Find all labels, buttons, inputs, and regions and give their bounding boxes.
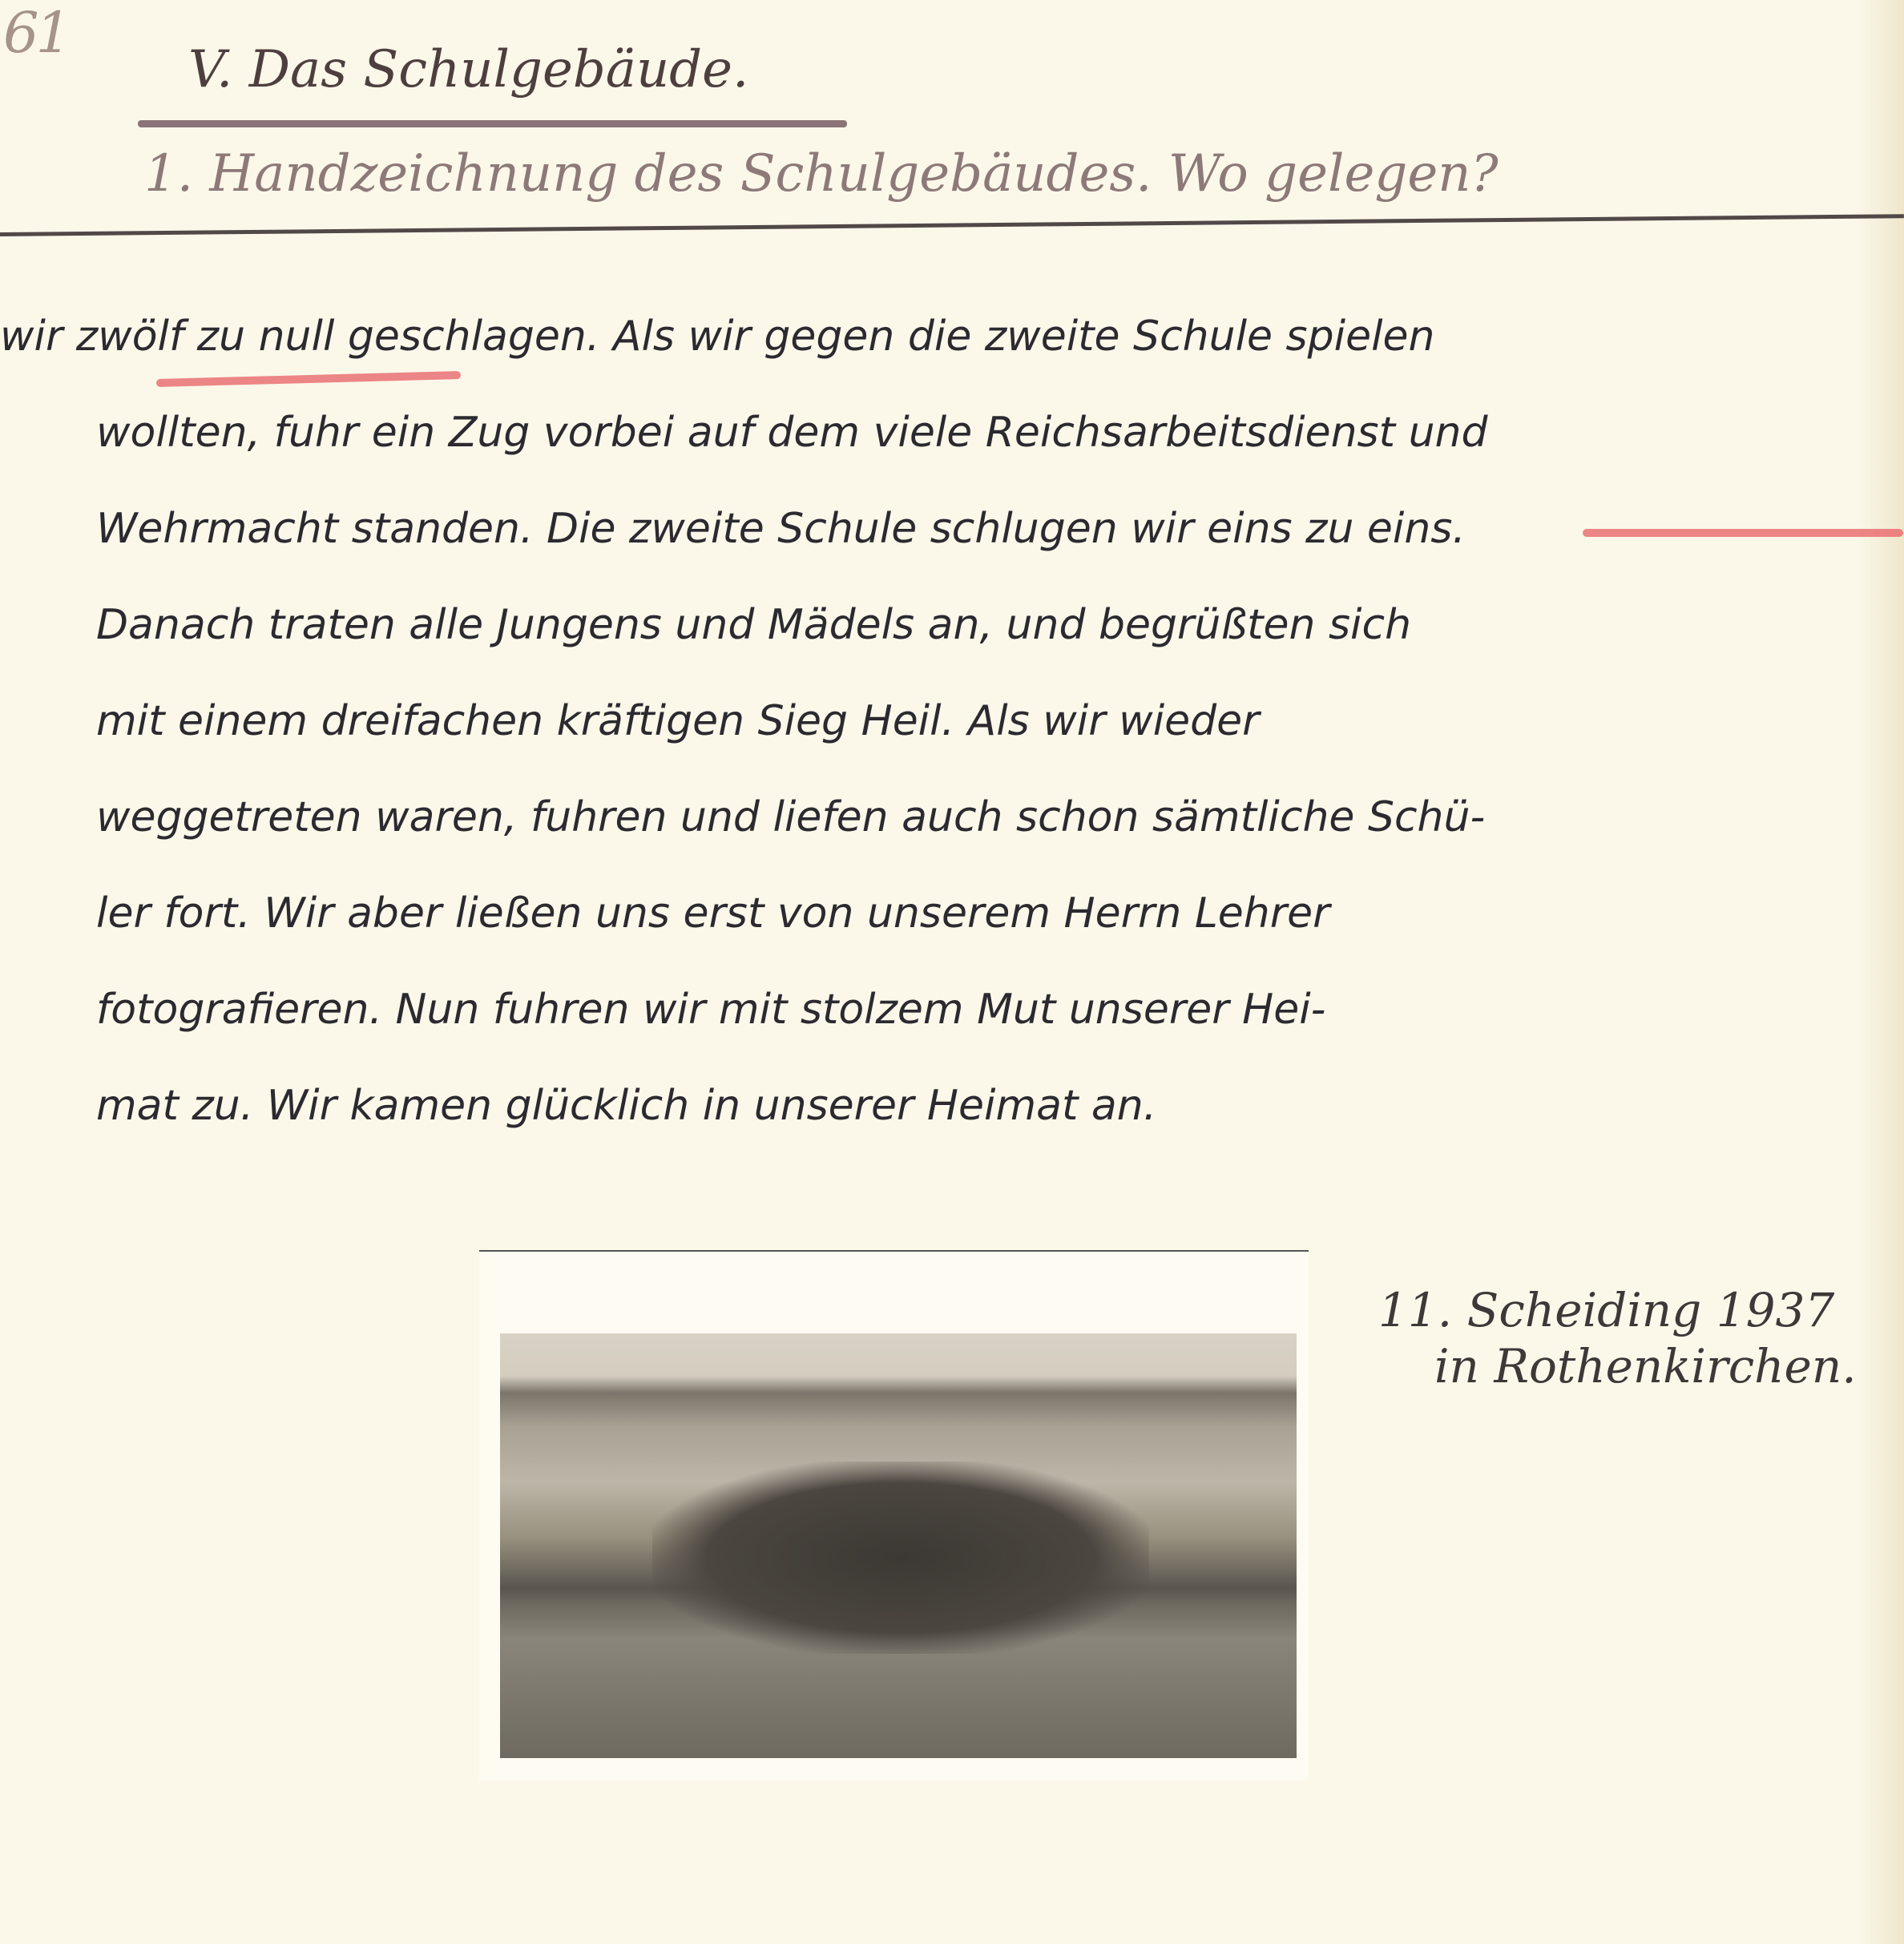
body-line: fotografieren. Nun fuhren wir mit stolze… — [0, 962, 1859, 1058]
chapter-title: V. Das Schulgebäude. — [188, 40, 748, 99]
page-number: 61 — [3, 0, 68, 66]
body-line: Wehrmacht standen. Die zweite Schule sch… — [0, 481, 1859, 577]
body-line: mat zu. Wir kamen glücklich in unserer H… — [0, 1058, 1859, 1154]
children-group — [652, 1462, 1149, 1654]
date-text: 11. Scheiding 1937 — [1378, 1283, 1834, 1337]
page-edge-shadow — [1856, 0, 1904, 1944]
photo-description: Black-and-white group photograph of scho… — [500, 1739, 1297, 1752]
body-line: mit einem dreifachen kräftigen Sieg Heil… — [0, 673, 1859, 769]
ruled-divider — [0, 214, 1904, 236]
body-line: wir zwölf zu null geschlagen. Als wir ge… — [0, 288, 1859, 385]
body-line: Danach traten alle Jungens und Mädels an… — [0, 577, 1859, 673]
place-text: in Rothenkirchen. — [1378, 1338, 1857, 1394]
body-line: wollten, fuhr ein Zug vorbei auf dem vie… — [0, 385, 1859, 481]
chapter-underline — [138, 120, 847, 127]
handwritten-body: wir zwölf zu null geschlagen. Als wir ge… — [0, 288, 1859, 1154]
body-line: weggetreten waren, fuhren und liefen auc… — [0, 769, 1859, 865]
subheading: 1. Handzeichnung des Schulgebäudes. Wo g… — [144, 144, 1499, 204]
photo-mount: Black-and-white group photograph of scho… — [479, 1250, 1309, 1781]
body-line: ler fort. Wir aber ließen uns erst von u… — [0, 865, 1859, 962]
date-signature: 11. Scheiding 1937 in Rothenkirchen. — [1378, 1282, 1857, 1394]
group-photograph: Black-and-white group photograph of scho… — [500, 1333, 1297, 1758]
red-underline-mark — [1583, 529, 1903, 537]
